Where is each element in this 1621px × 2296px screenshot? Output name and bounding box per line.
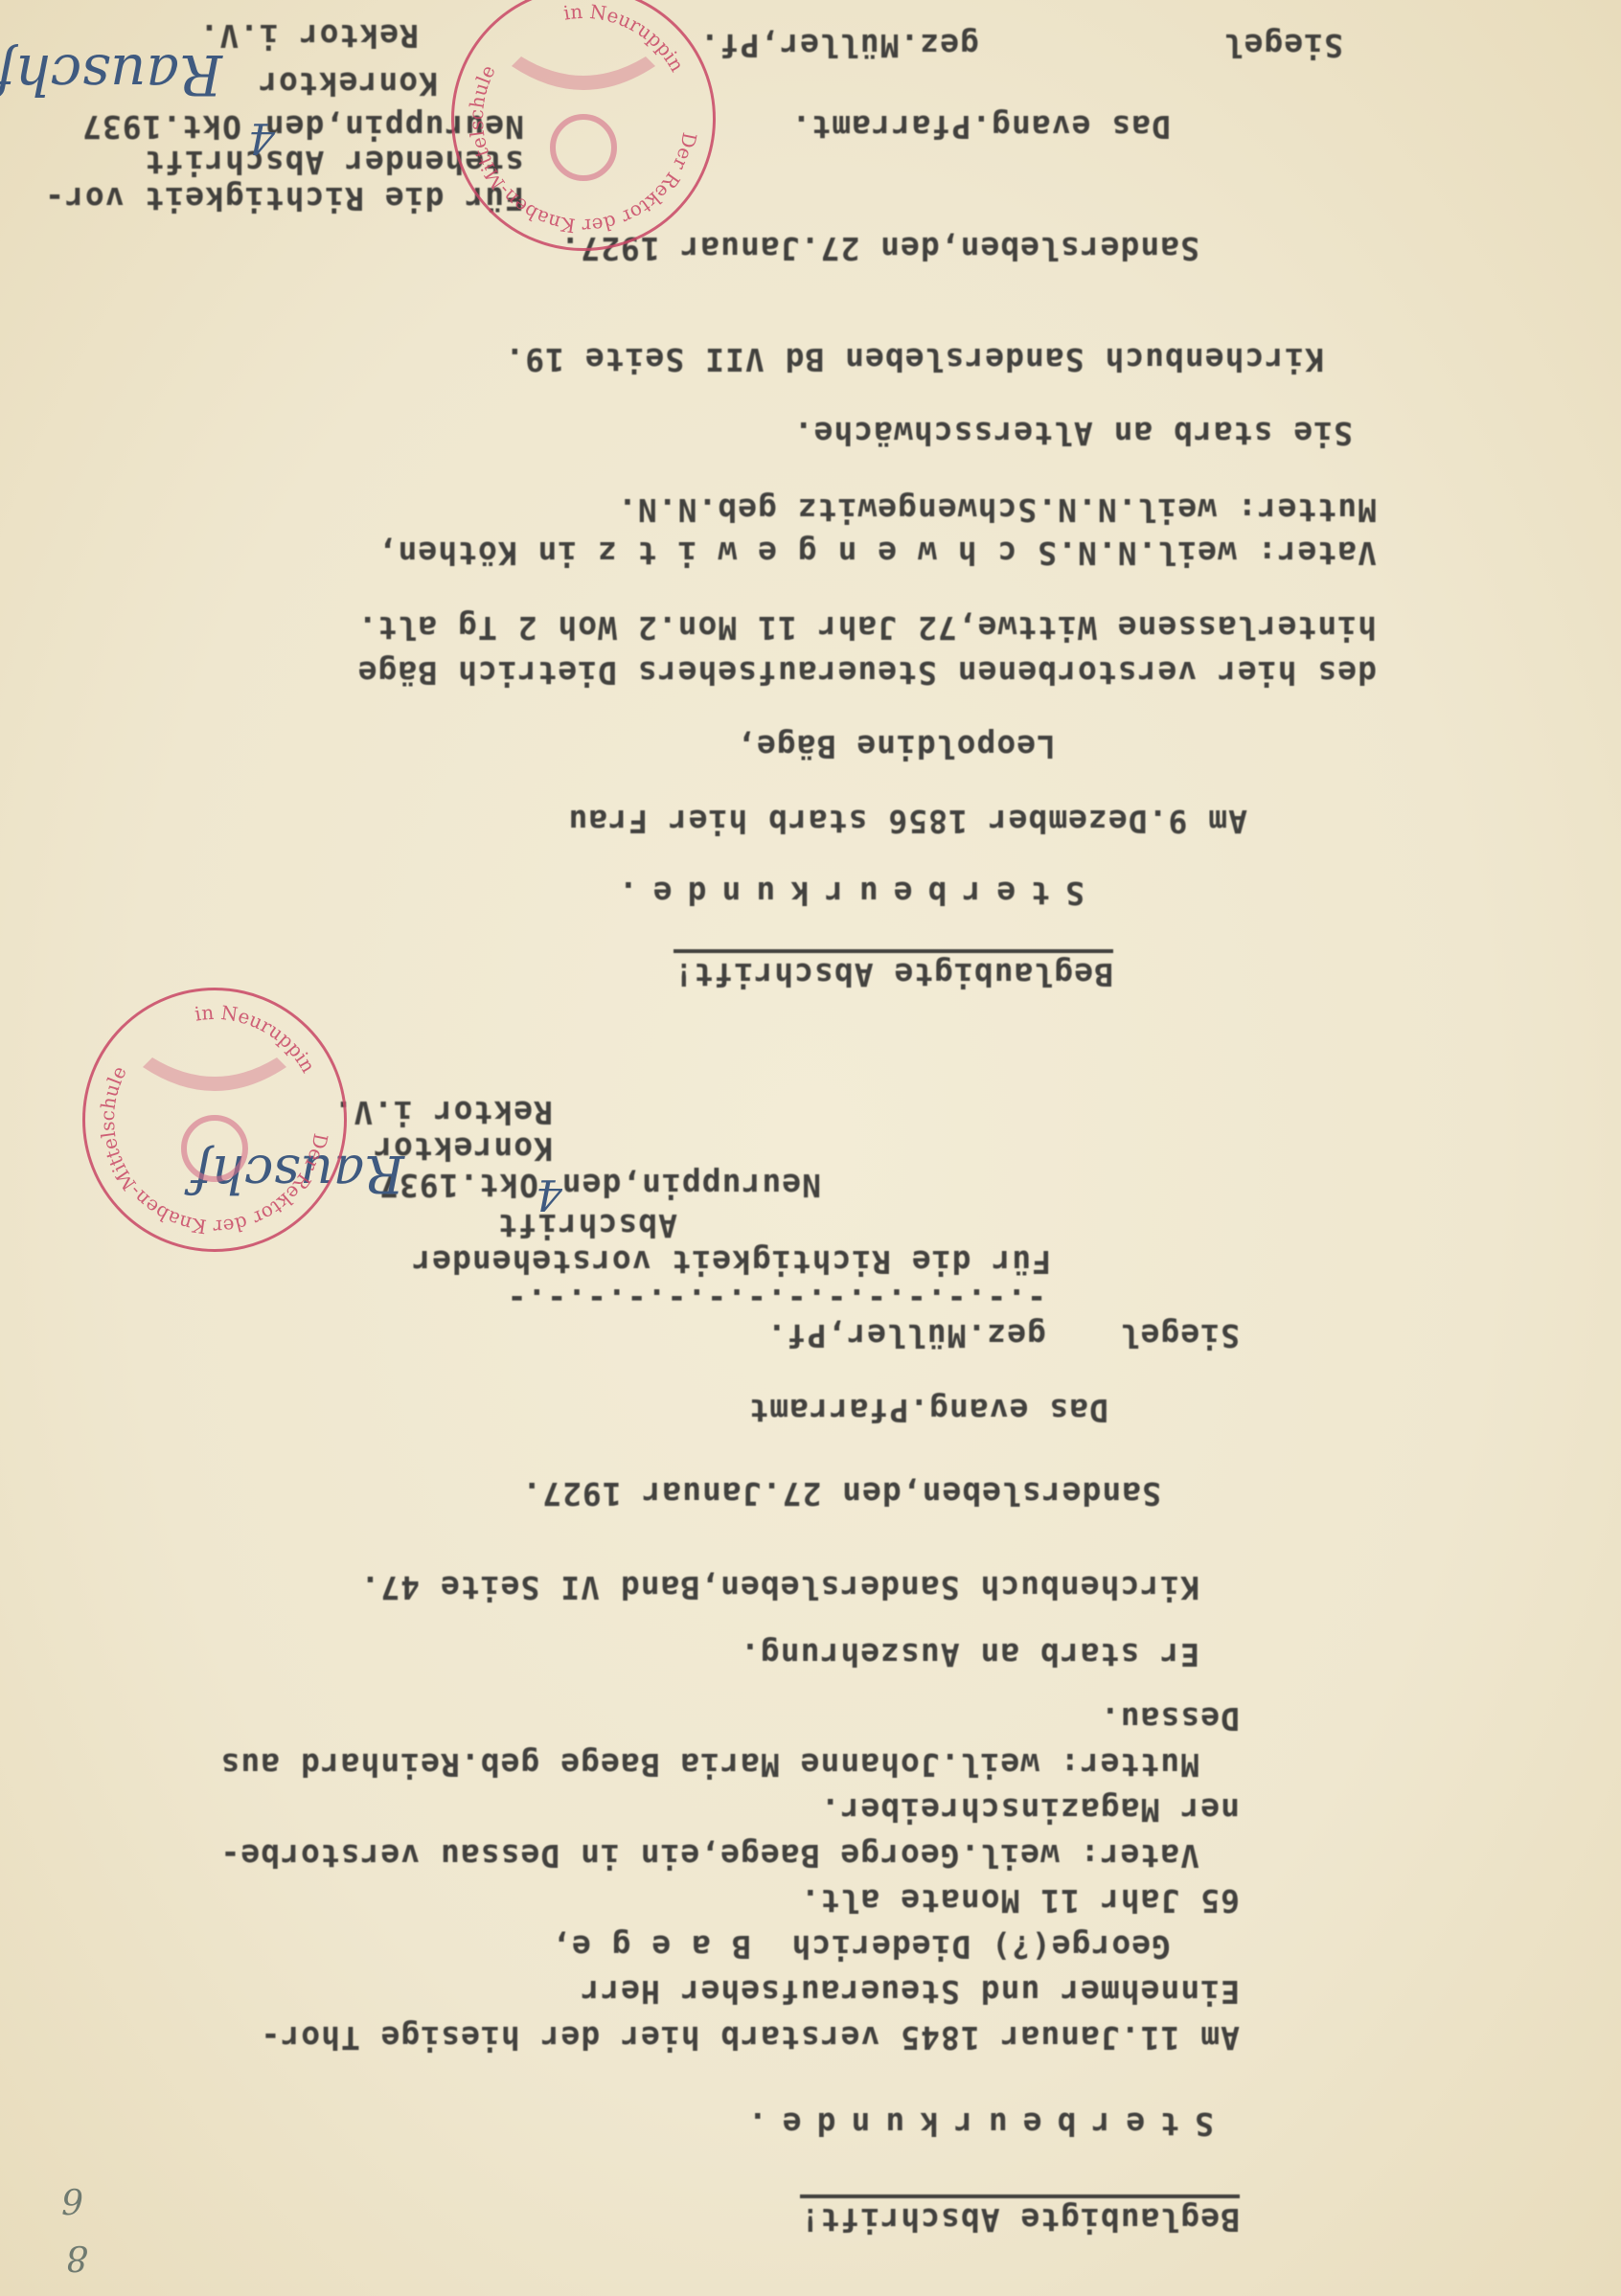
certification-line: Für die Richtigkeit vorstehender: [411, 1242, 1051, 1281]
source-reference: Kirchenbuch Sandersleben Bd VII Seite 19…: [504, 340, 1324, 378]
text-line: Leopoldine Bäge,: [736, 727, 1056, 765]
official-stamp: Der Rektor der Knaben-Mittelschule in Ne…: [82, 988, 347, 1252]
seal-label: Siegel: [1120, 1316, 1240, 1354]
cert-role: Rektor i.V.: [198, 16, 419, 55]
certification-line: Abschrift: [497, 1206, 677, 1244]
seal-label: Siegel: [1223, 26, 1343, 64]
svg-text:in Neuruppin: in Neuruppin: [561, 0, 689, 76]
text-line: Vater: weil.N.N.S c h w e n g e w i t z …: [377, 534, 1377, 572]
text-line: George(?) Diederich B a e g e,: [551, 1927, 1171, 1966]
text-line: Vater: weil.George Baege,ein in Dessau v…: [219, 1836, 1199, 1875]
cert-role: Konrektor: [258, 64, 438, 102]
heading: Beglaubigte Abschrift!: [800, 2194, 1240, 2239]
text-line: Er starb an Auszehrung.: [740, 1635, 1199, 1673]
text-line: Einnehmer und Steueraufseher Herr: [580, 1972, 1240, 2011]
text-line: Sie starb an Altersschwäche.: [793, 414, 1353, 452]
text-line: 65 Jahr 11 Monate alt.: [800, 1881, 1240, 1920]
signature: Rauschf: [0, 42, 222, 107]
text-line: Mutter: weil.Johanne Maria Baege geb.Rei…: [219, 1745, 1199, 1784]
text-line: Am 9.Dezember 1856 starb hier Frau: [567, 802, 1247, 840]
text-line: ner Magazinschreiber.: [820, 1790, 1240, 1829]
official-stamp: Der Rektor der Knaben-Mittelschule in Ne…: [451, 0, 716, 251]
text-line: hinterlassene Wittwe,72 Jahr 11 Mon.2 Wo…: [357, 608, 1377, 647]
text-line: Dessau.: [1100, 1699, 1240, 1738]
office: Das evang.Pfarramt: [748, 1391, 1108, 1429]
separator: -.-.-.-.-.-.-.-.-.-.-.-.-.-: [507, 1281, 1046, 1319]
place-date: Sandersleben,den 27.Januar 1927.: [521, 1474, 1161, 1512]
text-line: Am 11.Januar 1845 verstarb hier der hies…: [260, 2018, 1240, 2057]
signed-by: gez.Müller,Pf.: [699, 26, 979, 64]
certification-line: Für die Richtigkeit vor-: [44, 179, 524, 217]
cert-role: Rektor i.V.: [332, 1093, 553, 1131]
cert-place-date: Neuruppin,den: [561, 1166, 821, 1204]
margin-number: 6: [61, 2180, 83, 2219]
svg-text:in Neuruppin: in Neuruppin: [193, 1001, 320, 1077]
certificate-title: Sterbeurkunde.: [604, 874, 1084, 912]
office: Das evang.Pfarramt.: [791, 107, 1172, 146]
text-line: Mutter: weil.N.N.Schwengewitz geb.N.N.: [617, 490, 1377, 529]
cert-month-year: Okt.1937: [81, 107, 241, 146]
document-page: 8 6 Beglaubigte Abschrift! Sterbeurkunde…: [0, 0, 1621, 2296]
text-line: des hier verstorbenen Steueraufsehers Di…: [357, 653, 1377, 692]
heading: Beglaubigte Abschrift!: [674, 949, 1113, 993]
margin-number: 8: [66, 2238, 88, 2277]
handwritten-day: 4: [536, 1170, 562, 1218]
handwritten-day: 4: [248, 113, 275, 162]
source-reference: Kirchenbuch Sandersleben,Band VI Seite 4…: [360, 1568, 1199, 1606]
signed-by: gez.Müller,Pf.: [766, 1316, 1046, 1354]
certificate-title: Sterbeurkunde.: [733, 2104, 1214, 2143]
